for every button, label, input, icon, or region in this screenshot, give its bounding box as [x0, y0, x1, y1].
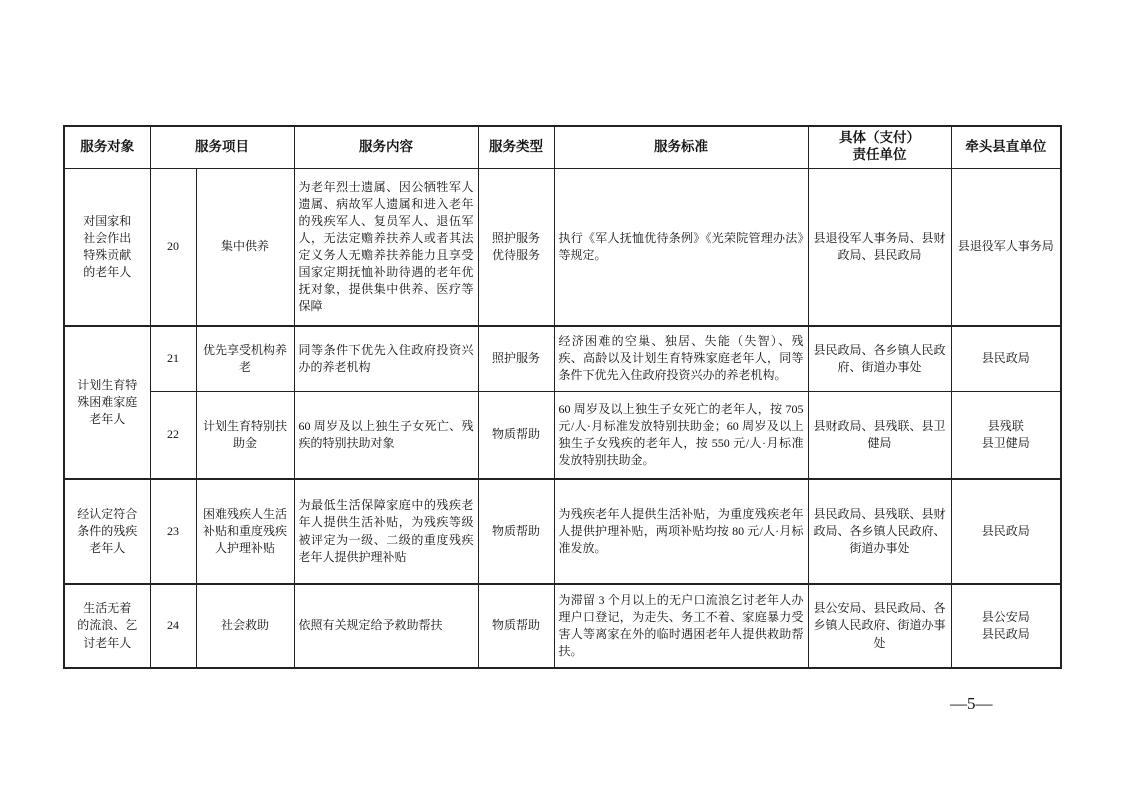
table-row-20: 对国家和 社会作出 特殊贡献 的老年人 20 集中供养 为老年烈士遗属、因公牺牲…: [64, 168, 1061, 326]
group-cell: 计划生育特 殊困难家庭 老年人: [64, 326, 150, 479]
content-cell: 依照有关规定给予救助帮扶: [294, 584, 478, 668]
lead-cell: 县残联 县卫健局: [951, 391, 1061, 479]
header-responsible-unit: 具体（支付） 责任单位: [808, 126, 951, 168]
standard-cell: 为滞留 3 个月以上的无户口流浪乞讨老年人办理户口登记，为走失、务工不着、家庭暴…: [554, 584, 808, 668]
type-cell: 照护服务 优待服务: [478, 168, 554, 326]
item-cell: 困难残疾人生活补贴和重度残疾人护理补贴: [196, 479, 294, 584]
responsible-cell: 县民政局、县残联、县财政局、各乡镇人民政府、街道办事处: [808, 479, 951, 584]
header-service-standard: 服务标准: [554, 126, 808, 168]
header-lead-unit: 牵头县直单位: [951, 126, 1061, 168]
page-number: —5—: [950, 694, 993, 714]
document-page: 服务对象 服务项目 服务内容 服务类型 服务标准 具体（支付） 责任单位 牵头县…: [0, 0, 1122, 793]
header-service-target: 服务对象: [64, 126, 150, 168]
table-header-row: 服务对象 服务项目 服务内容 服务类型 服务标准 具体（支付） 责任单位 牵头县…: [64, 126, 1061, 168]
no-cell: 21: [150, 326, 196, 391]
item-cell: 计划生育特别扶助金: [196, 391, 294, 479]
header-service-content: 服务内容: [294, 126, 478, 168]
table-row-24: 生活无着 的流浪、乞 讨老年人 24 社会救助 依照有关规定给予救助帮扶 物质帮…: [64, 584, 1061, 668]
responsible-cell: 县财政局、县残联、县卫健局: [808, 391, 951, 479]
responsible-cell: 县公安局、县民政局、各乡镇人民政府、街道办事处: [808, 584, 951, 668]
item-cell: 社会救助: [196, 584, 294, 668]
standard-cell: 经济困难的空巢、独居、失能（失智）、残疾、高龄以及计划生育特殊家庭老年人，同等条…: [554, 326, 808, 391]
no-cell: 23: [150, 479, 196, 584]
no-cell: 24: [150, 584, 196, 668]
elderly-services-table: 服务对象 服务项目 服务内容 服务类型 服务标准 具体（支付） 责任单位 牵头县…: [63, 125, 1062, 669]
lead-cell: 县公安局 县民政局: [951, 584, 1061, 668]
group-cell: 生活无着 的流浪、乞 讨老年人: [64, 584, 150, 668]
group-cell: 对国家和 社会作出 特殊贡献 的老年人: [64, 168, 150, 326]
responsible-cell: 县退役军人事务局、县财政局、县民政局: [808, 168, 951, 326]
content-cell: 为老年烈士遗属、因公牺牲军人遗属、病故军人遗属和进入老年的残疾军人、复员军人、退…: [294, 168, 478, 326]
responsible-cell: 县民政局、各乡镇人民政府、街道办事处: [808, 326, 951, 391]
type-cell: 物质帮助: [478, 584, 554, 668]
header-service-type: 服务类型: [478, 126, 554, 168]
no-cell: 20: [150, 168, 196, 326]
header-service-item: 服务项目: [150, 126, 294, 168]
table-row-23: 经认定符合 条件的残疾 老年人 23 困难残疾人生活补贴和重度残疾人护理补贴 为…: [64, 479, 1061, 584]
standard-cell: 执行《军人抚恤优待条例》《光荣院管理办法》等规定。: [554, 168, 808, 326]
item-cell: 集中供养: [196, 168, 294, 326]
type-cell: 照护服务: [478, 326, 554, 391]
no-cell: 22: [150, 391, 196, 479]
standard-cell: 为残疾老年人提供生活补贴，为重度残疾老年人提供护理补贴，两项补贴均按 80 元/…: [554, 479, 808, 584]
lead-cell: 县民政局: [951, 326, 1061, 391]
lead-cell: 县民政局: [951, 479, 1061, 584]
table-row-22: 22 计划生育特别扶助金 60 周岁及以上独生子女死亡、残疾的特别扶助对象 物质…: [64, 391, 1061, 479]
group-cell: 经认定符合 条件的残疾 老年人: [64, 479, 150, 584]
content-cell: 60 周岁及以上独生子女死亡、残疾的特别扶助对象: [294, 391, 478, 479]
standard-cell: 60 周岁及以上独生子女死亡的老年人，按 705 元/人·月标准发放特别扶助金；…: [554, 391, 808, 479]
item-cell: 优先享受机构养老: [196, 326, 294, 391]
lead-cell: 县退役军人事务局: [951, 168, 1061, 326]
type-cell: 物质帮助: [478, 391, 554, 479]
type-cell: 物质帮助: [478, 479, 554, 584]
content-cell: 为最低生活保障家庭中的残疾老年人提供生活补贴，为残疾等级被评定为一级、二级的重度…: [294, 479, 478, 584]
content-cell: 同等条件下优先入住政府投资兴办的养老机构: [294, 326, 478, 391]
table-row-21: 计划生育特 殊困难家庭 老年人 21 优先享受机构养老 同等条件下优先入住政府投…: [64, 326, 1061, 391]
